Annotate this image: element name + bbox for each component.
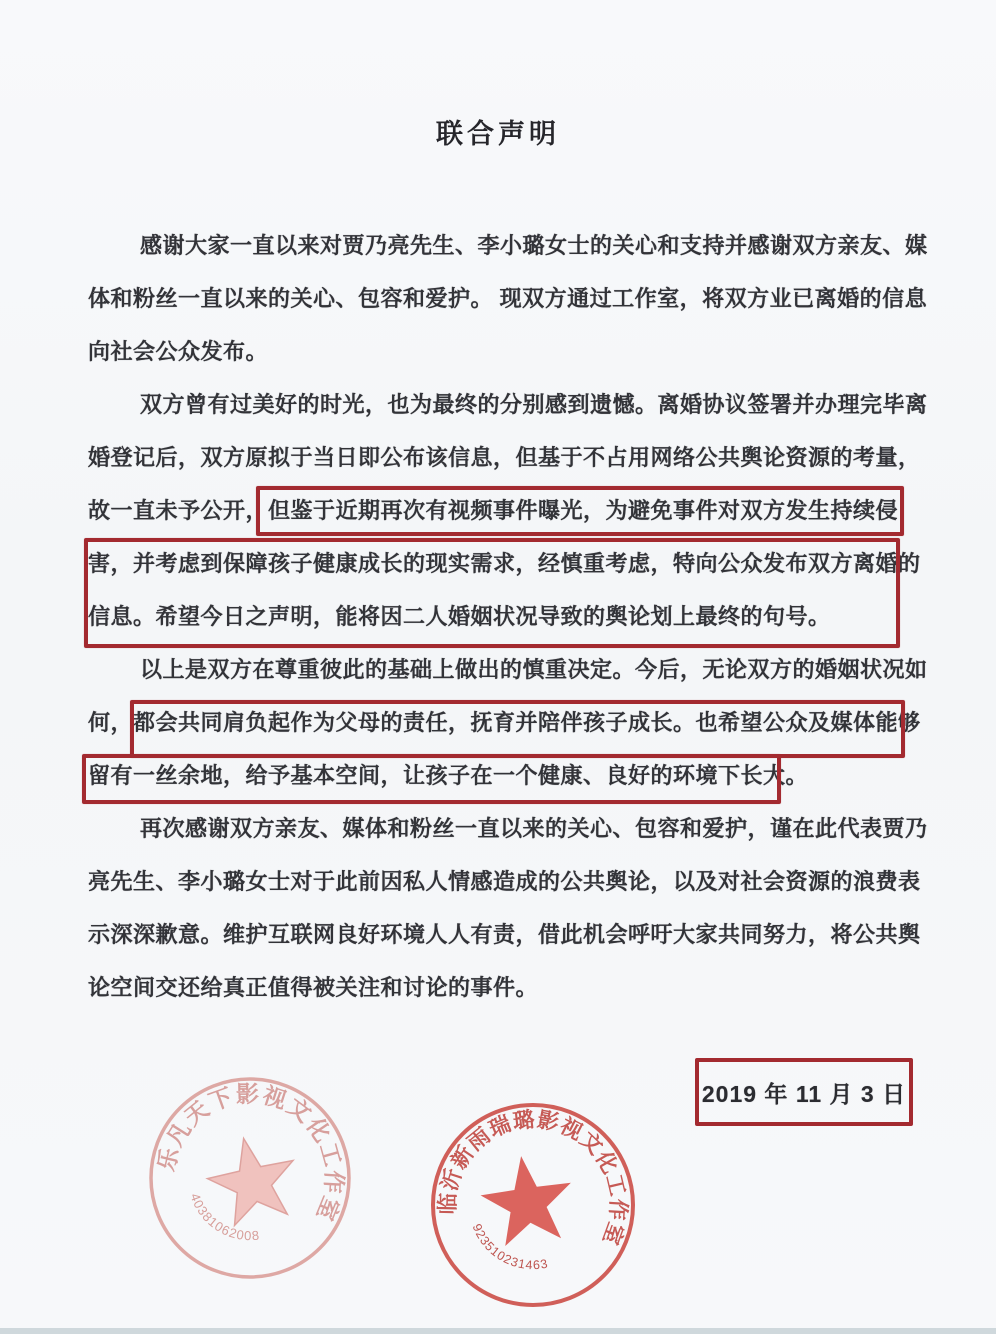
paragraph-4: 再次感谢双方亲友、媒体和粉丝一直以来的关心、包容和爱护，谨在此代表贾乃亮先生、李… (88, 802, 918, 1014)
text-line-p2-2: 婚登记后，双方原拟于当日即公布该信息，但基于不占用网络公共舆论资源的考量， (88, 431, 918, 484)
scanned-statement-page: 联合声明 感谢大家一直以来对贾乃亮先生、李小璐女士的关心和支持并感谢双方亲友、媒… (0, 0, 996, 1334)
highlight-box-child-space-clause (82, 754, 781, 804)
statement-date: 2019 年 11 月 3 日 (702, 1076, 906, 1109)
text-line-p3-1: 以上是双方在尊重彼此的基础上做出的慎重决定。今后，无论双方的婚姻状况如 (88, 643, 918, 696)
text-line-p1-1: 感谢大家一直以来对贾乃亮先生、李小璐女士的关心和支持并感谢双方亲友、媒 (88, 219, 918, 272)
text-line-p4-3: 示深深歉意。维护互联网良好环境人人有责，借此机会呼吁大家共同努力，将公共舆 (88, 908, 918, 961)
paragraph-1: 感谢大家一直以来对贾乃亮先生、李小璐女士的关心和支持并感谢双方亲友、媒体和粉丝一… (88, 219, 918, 378)
star-icon (476, 1150, 578, 1249)
text-line-p4-2: 亮先生、李小璐女士对于此前因私人情感造成的公共舆论，以及对社会资源的浪费表 (88, 855, 918, 908)
page-title: 联合声明 (0, 112, 996, 151)
date-highlight-box: 2019 年 11 月 3 日 (695, 1058, 913, 1126)
text-line-p1-2: 体和粉丝一直以来的关心、包容和爱护。 现双方通过工作室，将双方业已离婚的信息 (88, 272, 918, 325)
left-studio-seal: 乐凡天下影视文化工作室 40381062008 (130, 1058, 370, 1298)
scan-edge-strip (0, 1328, 996, 1334)
star-icon (201, 1129, 304, 1229)
highlight-box-parenting-clause (130, 700, 905, 758)
highlight-box-video-clause (256, 486, 904, 536)
text-line-p1-3: 向社会公众发布。 (88, 325, 918, 378)
seal-arc-text-group: 乐凡天下影视文化工作室 (149, 1058, 370, 1233)
right-studio-seal: 临沂新雨瑞璐影视文化工作室 923510231463 (413, 1085, 653, 1325)
highlight-box-divorce-announcement (84, 538, 900, 648)
text-line-p2-1: 双方曾有过美好的时光，也为最终的分别感到遗憾。离婚协议签署并办理完毕离 (88, 378, 918, 431)
seal-code-group: 923510231463 (464, 1218, 590, 1280)
text-line-p4-4: 论空间交还给真正值得被关注和讨论的事件。 (88, 961, 918, 1014)
text-line-p4-1: 再次感谢双方亲友、媒体和粉丝一直以来的关心、包容和爱护，谨在此代表贾乃 (88, 802, 918, 855)
